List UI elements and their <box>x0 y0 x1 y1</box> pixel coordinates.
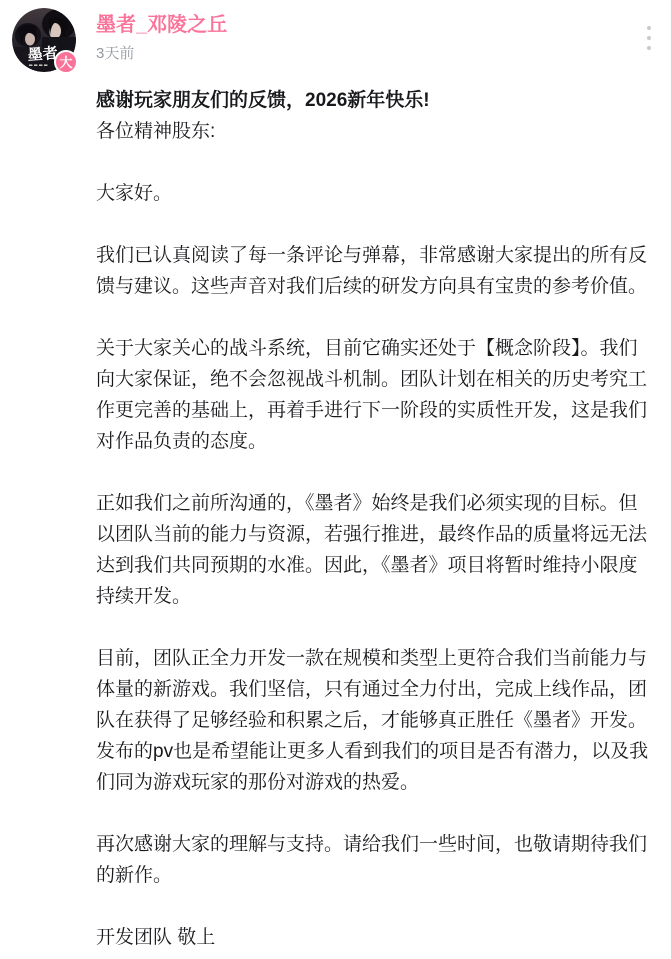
menu-dot <box>647 26 651 30</box>
post-paragraph: 再次感谢大家的理解与支持。请给我们一些时间，也敬请期待我们的新作。 <box>96 829 656 891</box>
post-paragraph: 目前，团队正全力开发一款在规模和类型上更符合我们当前能力与体量的新游戏。我们坚信… <box>96 643 656 798</box>
post-paragraph: 各位精神股东: <box>96 116 656 147</box>
user-info: 墨者_邓陵之丘 3天前 <box>96 8 643 63</box>
post-header: 墨者 大 墨者_邓陵之丘 3天前 <box>0 0 671 72</box>
post-card: 墨者 大 墨者_邓陵之丘 3天前 <box>0 0 671 959</box>
post-time: 3天前 <box>96 45 643 63</box>
kebab-menu-icon[interactable] <box>643 24 655 52</box>
menu-dot <box>647 46 651 50</box>
vip-badge-label: 大 <box>59 56 72 69</box>
post-paragraph: 我们已认真阅读了每一条评论与弹幕，非常感谢大家提出的所有反馈与建议。这些声音对我… <box>96 240 656 302</box>
post-title: 感谢玩家朋友们的反馈，2026新年快乐! <box>96 85 656 116</box>
post-paragraph: 大家好。 <box>96 178 656 209</box>
avatar[interactable]: 墨者 大 <box>12 8 76 72</box>
post-paragraph: 关于大家关心的战斗系统，目前它确实还处于【概念阶段】。我们向大家保证，绝不会忽视… <box>96 333 656 457</box>
username[interactable]: 墨者_邓陵之丘 <box>96 13 227 37</box>
post-content: 感谢玩家朋友们的反馈，2026新年快乐! 各位精神股东: 大家好。 我们已认真阅… <box>96 85 656 953</box>
menu-dot <box>647 36 651 40</box>
post-paragraph: 开发团队 敬上 <box>96 922 656 953</box>
vip-badge: 大 <box>54 50 78 74</box>
post-paragraph: 正如我们之前所沟通的，《墨者》始终是我们必须实现的目标。但以团队当前的能力与资源… <box>96 488 656 612</box>
